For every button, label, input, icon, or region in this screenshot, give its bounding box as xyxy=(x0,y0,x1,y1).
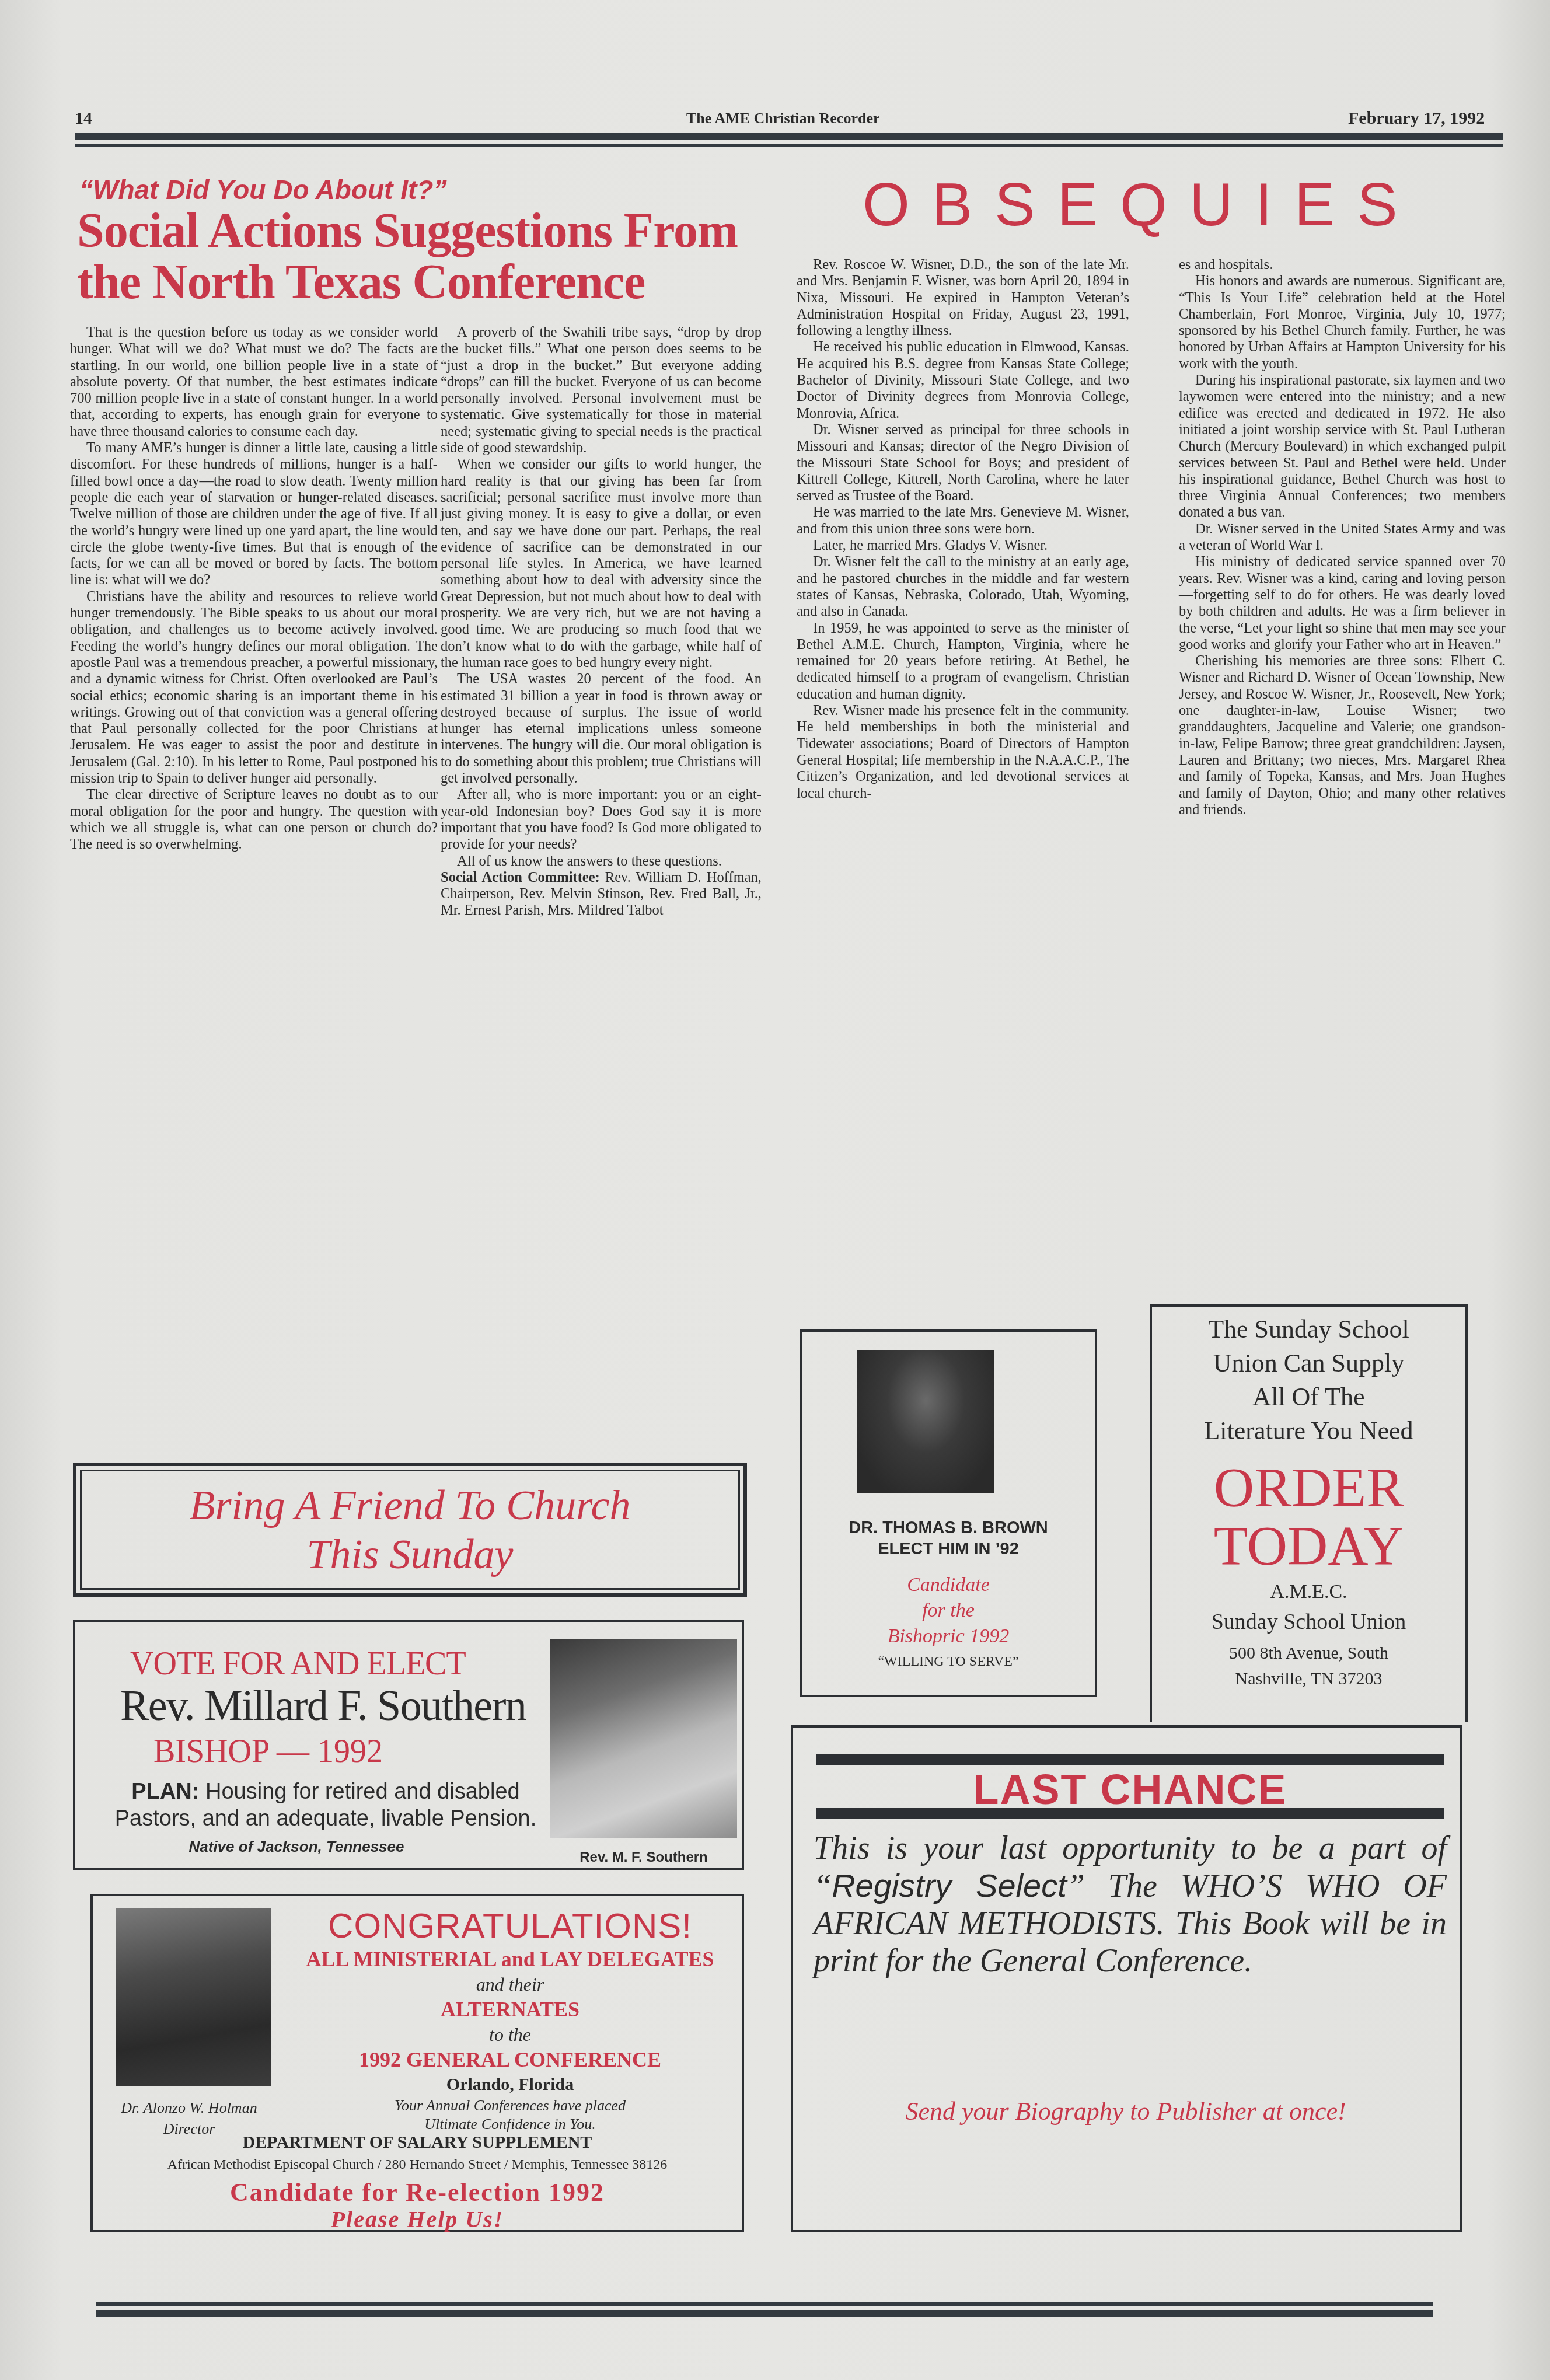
obsequies-title: OBSEQUIES xyxy=(863,170,1420,240)
page-number: 14 xyxy=(75,109,92,128)
candidate-line: Candidate for Re-election 1992 xyxy=(93,2177,742,2207)
congrats-line: 1992 GENERAL CONFERENCE xyxy=(280,2046,741,2073)
candidate-office: BISHOP — 1992 xyxy=(153,1733,383,1770)
portrait-photo xyxy=(116,1908,271,2086)
paragraph: The clear directive of Scripture leaves … xyxy=(70,787,438,853)
paragraph: Rev. Roscoe W. Wisner, D.D., the son of … xyxy=(797,257,1129,339)
committee-credits: Social Action Committee: Rev. William D.… xyxy=(441,870,762,919)
congrats-line: Ultimate Confidence in You. xyxy=(280,2115,741,2134)
ad-line: The Sunday School xyxy=(1152,1313,1465,1346)
address-line: Nashville, TN 37203 xyxy=(1152,1666,1465,1692)
paragraph: Cherishing his memories are three sons: … xyxy=(1179,653,1506,818)
candidate-name: Rev. Millard F. Southern xyxy=(120,1681,526,1731)
congrats-message: CONGRATULATIONS! ALL MINISTERIAL and LAY… xyxy=(280,1906,741,2134)
department-name: DEPARTMENT OF SALARY SUPPLEMENT xyxy=(93,2133,742,2152)
paragraph: The USA wastes 20 percent of the food. A… xyxy=(441,671,762,787)
order-today: ORDER TODAY xyxy=(1152,1458,1465,1575)
ad-line: All Of The xyxy=(1152,1380,1465,1414)
photo-caption: Rev. M. F. Southern xyxy=(550,1849,737,1866)
committee-label: Social Action Committee: xyxy=(441,870,600,885)
ad-last-chance: LAST CHANCE This is your last opportunit… xyxy=(791,1725,1462,2232)
registry-title: Registry Select xyxy=(832,1867,1067,1904)
portrait-photo xyxy=(550,1639,737,1838)
title-rule-top xyxy=(816,1754,1444,1765)
congrats-line: ALL MINISTERIAL and LAY DELEGATES xyxy=(280,1946,741,1973)
candidate-plan: PLAN: Housing for retired and disabled P… xyxy=(104,1778,547,1832)
header-rule-thin xyxy=(75,144,1503,147)
candidate-motto: “WILLING TO SERVE” xyxy=(802,1654,1095,1670)
paragraph: He was married to the late Mrs. Geneviev… xyxy=(797,504,1129,538)
paragraph: In 1959, he was appointed to serve as th… xyxy=(797,620,1129,703)
paragraph: All of us know the answers to these ques… xyxy=(441,853,762,870)
footer-rule-thick xyxy=(96,2310,1433,2317)
congrats-title: CONGRATULATIONS! xyxy=(280,1906,741,1946)
ad-inner-frame: Bring A Friend To Church This Sunday xyxy=(80,1470,740,1590)
candidacy-line: for the xyxy=(802,1598,1095,1624)
plea-line: Please Help Us! xyxy=(93,2205,742,2233)
ad-line: TODAY xyxy=(1152,1517,1465,1575)
congrats-line: Your Annual Conferences have placed xyxy=(280,2096,741,2115)
title-rule-bottom xyxy=(816,1808,1444,1819)
plan-label: PLAN: xyxy=(131,1779,199,1804)
ad-congratulations-holman: Dr. Alonzo W. Holman Director CONGRATULA… xyxy=(90,1894,744,2232)
footer-rule-thin xyxy=(96,2302,1433,2306)
ad-line: Union Can Supply xyxy=(1152,1346,1465,1380)
paragraph: During his inspirational pastorate, six … xyxy=(1179,372,1506,521)
paragraph: es and hospitals. xyxy=(1179,257,1506,273)
candidate-name-block: DR. THOMAS B. BROWN ELECT HIM IN ’92 xyxy=(802,1517,1095,1559)
issue-date: February 17, 1992 xyxy=(1348,109,1485,128)
photo-name: Dr. Alonzo W. Holman xyxy=(99,2098,280,2119)
header-rule-thick xyxy=(75,133,1503,140)
portrait-photo xyxy=(857,1350,994,1493)
candidate-native: Native of Jackson, Tennessee xyxy=(133,1838,460,1856)
ad-sunday-school-union: The Sunday School Union Can Supply All O… xyxy=(1150,1304,1468,1722)
paragraph: Dr. Wisner served as principal for three… xyxy=(797,422,1129,504)
ad-intro: The Sunday School Union Can Supply All O… xyxy=(1152,1313,1465,1448)
paragraph: That is the question before us today as … xyxy=(70,324,438,440)
obituary-column-2: es and hospitals. His honors and awards … xyxy=(1179,257,1506,818)
newspaper-page: 14 The AME Christian Recorder February 1… xyxy=(0,0,1550,2380)
paragraph: Dr. Wisner felt the call to the ministry… xyxy=(797,554,1129,620)
candidate-name: DR. THOMAS B. BROWN xyxy=(802,1517,1095,1538)
article-kicker: “What Did You Do About It?” xyxy=(79,174,446,205)
address-line: 500 8th Avenue, South xyxy=(1152,1641,1465,1666)
candidacy-line: Bishopric 1992 xyxy=(802,1624,1095,1649)
org-name: Sunday School Union xyxy=(1152,1609,1465,1635)
org-address: 500 8th Avenue, South Nashville, TN 3720… xyxy=(1152,1641,1465,1692)
ad-line: Literature You Need xyxy=(1152,1414,1465,1448)
paragraph: His honors and awards are numerous. Sign… xyxy=(1179,273,1506,372)
paragraph: Later, he married Mrs. Gladys V. Wisner. xyxy=(797,538,1129,554)
paragraph: Christians have the ability and resource… xyxy=(70,589,438,787)
paragraph: His ministry of dedicated service spanne… xyxy=(1179,554,1506,653)
ad-vote-southern: VOTE FOR AND ELECT Rev. Millard F. South… xyxy=(73,1620,744,1870)
publication-name: The AME Christian Recorder xyxy=(686,110,879,127)
congrats-line: ALTERNATES xyxy=(280,1996,741,2023)
ad-kicker: VOTE FOR AND ELECT xyxy=(130,1645,466,1683)
paragraph: A proverb of the Swahili tribe says, “dr… xyxy=(441,324,762,456)
ad-line: Bring A Friend To Church xyxy=(189,1481,630,1530)
ad-bring-a-friend: Bring A Friend To Church This Sunday xyxy=(73,1463,747,1597)
paragraph: When we consider our gifts to world hung… xyxy=(441,456,762,671)
paragraph: After all, who is more important: you or… xyxy=(441,787,762,853)
call-to-action: Send your Biography to Publisher at once… xyxy=(805,2095,1447,2128)
candidacy-block: Candidate for the Bishopric 1992 xyxy=(802,1572,1095,1649)
paragraph: He received his public education in Elmw… xyxy=(797,339,1129,421)
congrats-line: to the xyxy=(280,2023,741,2046)
ad-elect-brown: DR. THOMAS B. BROWN ELECT HIM IN ’92 Can… xyxy=(800,1329,1097,1697)
ad-title: LAST CHANCE xyxy=(816,1766,1444,1814)
paragraph: Dr. Wisner served in the United States A… xyxy=(1179,521,1506,554)
congrats-line: and their xyxy=(280,1973,741,1996)
org-abbrev: A.M.E.C. xyxy=(1152,1581,1465,1603)
article-headline: Social Actions Suggestions From the Nort… xyxy=(77,205,777,308)
article-column-2: A proverb of the Swahili tribe says, “dr… xyxy=(441,324,762,919)
paragraph: To many AME’s hunger is dinner a little … xyxy=(70,440,438,589)
candidate-slogan: ELECT HIM IN ’92 xyxy=(802,1538,1095,1559)
ad-line: ORDER xyxy=(1152,1458,1465,1517)
department-address: African Methodist Episcopal Church / 280… xyxy=(93,2157,742,2173)
candidacy-line: Candidate xyxy=(802,1572,1095,1598)
article-column-1: That is the question before us today as … xyxy=(70,324,438,853)
obituary-column-1: Rev. Roscoe W. Wisner, D.D., the son of … xyxy=(797,257,1129,802)
ad-body: This is your last opportunity to be a pa… xyxy=(814,1830,1447,1980)
congrats-line: Orlando, Florida xyxy=(280,2073,741,2096)
ad-line: This Sunday xyxy=(306,1530,513,1579)
paragraph: Rev. Wisner made his presence felt in th… xyxy=(797,703,1129,802)
